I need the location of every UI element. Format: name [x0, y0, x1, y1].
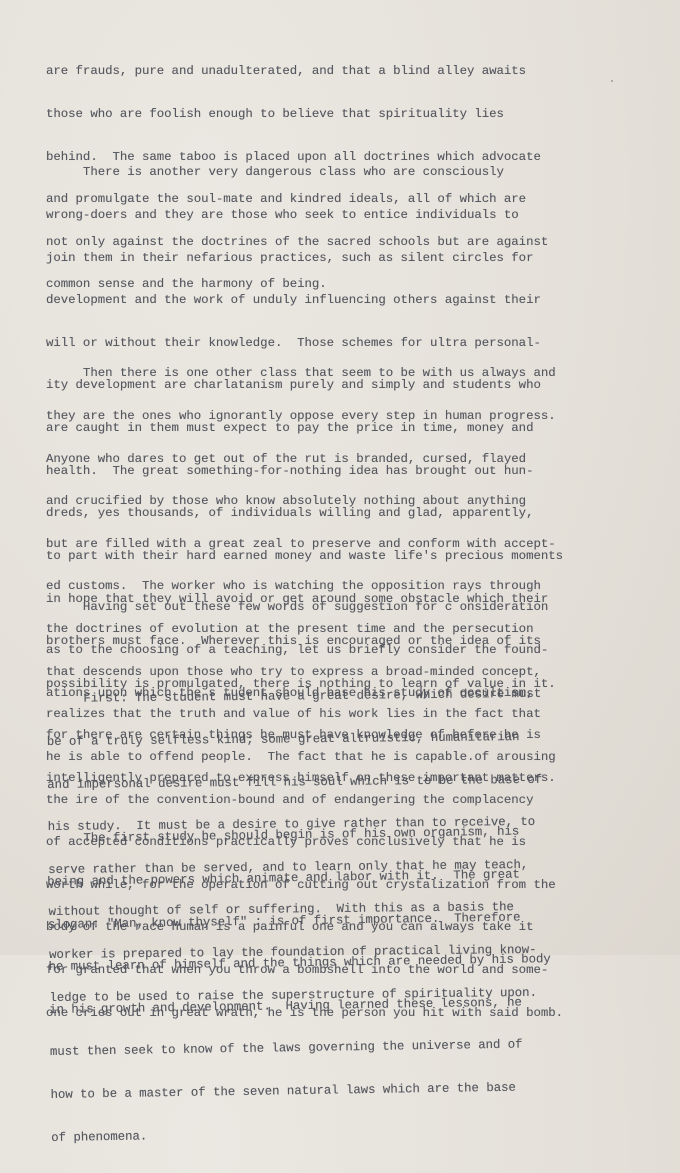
text-line: be of a truly selfless kind; some great … [47, 730, 542, 749]
paragraph-6: The first study he should begin is of hi… [46, 796, 554, 955]
text-line: and crucified by those who know absolute… [46, 494, 563, 508]
text-line: are frauds, pure and unadulterated, and … [46, 64, 548, 78]
text-line: being and the powers which animate and l… [47, 867, 549, 889]
text-line: development and the work of unduly influ… [46, 293, 563, 307]
text-line: wrong-doers and they are those who seek … [46, 208, 563, 222]
text-line: but are filled with a great zeal to pres… [46, 537, 563, 551]
text-line: There is another very dangerous class wh… [46, 165, 563, 179]
text-line: they are the ones who ignorantly oppose … [46, 409, 563, 423]
text-line: those who are foolish enough to believe … [46, 107, 548, 121]
text-line: Then there is one other class that seem … [46, 366, 563, 380]
text-line: The first study he should begin is of hi… [46, 825, 548, 847]
paper-speck [611, 80, 613, 82]
text-line: as to the choosing of a teaching, let us… [46, 643, 556, 657]
typewritten-page: are frauds, pure and unadulterated, and … [0, 0, 680, 955]
text-line: slogan: "Man, know thyself" : is of firs… [48, 910, 550, 932]
text-line: Anyone who dares to get out of the rut i… [46, 452, 563, 466]
text-line: First: The student must have a great des… [46, 687, 541, 706]
text-line: Having set out these few words of sugges… [46, 600, 556, 614]
text-line: and impersonal desire must fill his soul… [47, 772, 542, 791]
text-line: join them in their nefarious practices, … [46, 251, 563, 265]
